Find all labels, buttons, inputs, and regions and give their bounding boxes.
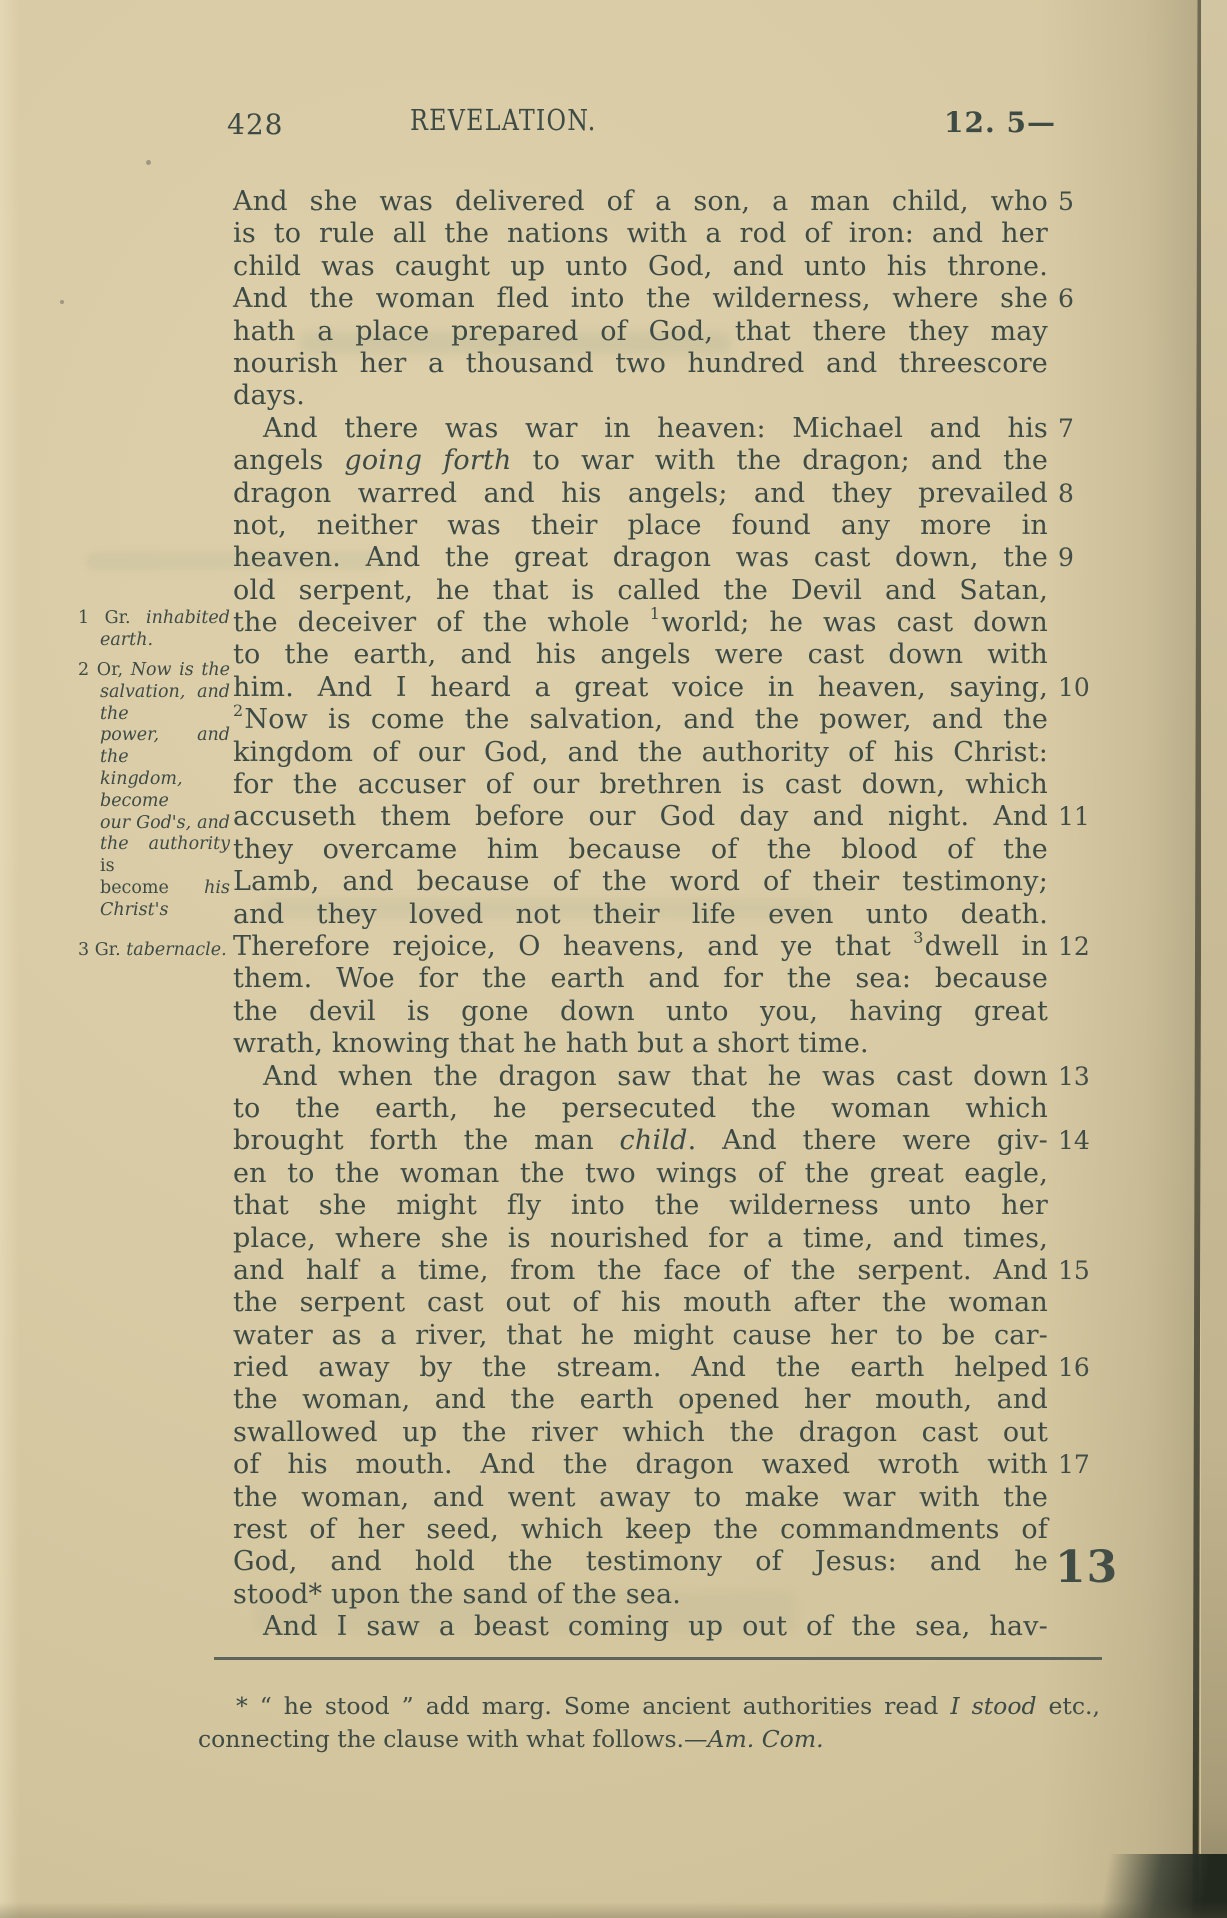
scripture-line: them. Woe for the earth and for the sea:… bbox=[233, 963, 1143, 995]
text-segment: salvation, and the bbox=[100, 682, 230, 724]
page-edge-strip bbox=[1201, 0, 1227, 1918]
text-segment: the woman, and the earth opened her mout… bbox=[233, 1384, 1048, 1415]
text-segment: And the woman fled into the wilderness, … bbox=[233, 283, 1048, 314]
footnote: * “ he stood ” add marg. Some ancient au… bbox=[198, 1690, 1100, 1756]
text-segment: Am. Com. bbox=[708, 1725, 824, 1753]
scripture-line: to the earth, he persecuted the woman wh… bbox=[233, 1093, 1143, 1125]
line-text: Therefore rejoice, O heavens, and ye tha… bbox=[233, 931, 1048, 963]
line-text: And when the dragon saw that he was cast… bbox=[233, 1061, 1048, 1093]
note-reference-superscript: 3 bbox=[913, 928, 923, 947]
text-segment: they overcame him because of the blood o… bbox=[233, 834, 1048, 865]
text-segment: angels bbox=[233, 445, 344, 476]
scripture-line: they overcame him because of the blood o… bbox=[233, 834, 1143, 866]
line-text: water as a river, that he might cause he… bbox=[233, 1320, 1048, 1352]
text-segment: . And there were giv- bbox=[688, 1125, 1048, 1156]
line-text: days. bbox=[233, 380, 1048, 412]
text-segment: earth. bbox=[100, 630, 153, 650]
line-text: to the earth, he persecuted the woman wh… bbox=[233, 1093, 1048, 1125]
line-text: they overcame him because of the blood o… bbox=[233, 834, 1048, 866]
scripture-line: and half a time, from the face of the se… bbox=[233, 1255, 1143, 1287]
scripture-line: the devil is gone down unto you, having … bbox=[233, 996, 1143, 1028]
text-segment: dragon warred and his angels; and they p… bbox=[233, 478, 1048, 509]
line-text: swallowed up the river which the dragon … bbox=[233, 1417, 1048, 1449]
text-segment: rest of her seed, which keep the command… bbox=[233, 1514, 1048, 1545]
text-segment: accuseth them before our God day and nig… bbox=[233, 801, 1048, 832]
text-segment: and they loved not their life even unto … bbox=[233, 899, 1048, 930]
margin-note-line: 1 Gr. inhabited bbox=[78, 608, 230, 630]
margin-note-line: kingdom, become bbox=[78, 769, 230, 813]
scripture-line: And the woman fled into the wilderness, … bbox=[233, 283, 1143, 315]
scripture-line: and they loved not their life even unto … bbox=[233, 899, 1143, 931]
text-segment: heaven. And the great dragon was cast do… bbox=[233, 542, 1048, 573]
scripture-line: And there was war in heaven: Michael and… bbox=[233, 413, 1143, 445]
line-text: dragon warred and his angels; and they p… bbox=[233, 478, 1048, 510]
line-text: of his mouth. And the dragon waxed wroth… bbox=[233, 1449, 1048, 1481]
scripture-line: of his mouth. And the dragon waxed wroth… bbox=[233, 1449, 1143, 1481]
scripture-line: rest of her seed, which keep the command… bbox=[233, 1514, 1143, 1546]
text-segment: And she was delivered of a son, a man ch… bbox=[233, 186, 1048, 217]
margin-note: 2 Or, Now is thesalvation, and thepower,… bbox=[78, 660, 230, 922]
text-segment: his bbox=[204, 878, 230, 898]
text-segment: to the earth, he persecuted the woman wh… bbox=[233, 1093, 1048, 1124]
scripture-line: heaven. And the great dragon was cast do… bbox=[233, 542, 1143, 574]
text-segment: days. bbox=[233, 380, 305, 411]
text-segment: kingdom of our God, and the authority of… bbox=[233, 737, 1048, 768]
bottom-edge-shadow bbox=[0, 1902, 1227, 1918]
text-segment: And there was war in heaven: Michael and… bbox=[263, 413, 1048, 444]
text-segment: kingdom, become bbox=[100, 769, 183, 811]
scripture-line: nourish her a thousand two hundred and t… bbox=[233, 348, 1143, 380]
text-segment: brought forth the man bbox=[233, 1125, 620, 1156]
paper-speck bbox=[60, 300, 64, 304]
line-text: heaven. And the great dragon was cast do… bbox=[233, 542, 1048, 574]
text-segment: Therefore rejoice, O heavens, and ye tha… bbox=[233, 931, 913, 962]
text-segment: of his mouth. And the dragon waxed wroth… bbox=[233, 1449, 1048, 1480]
scripture-line: angels going forth to war with the drago… bbox=[233, 445, 1143, 477]
margin-note-line: power, and the bbox=[78, 725, 230, 769]
line-text: hath a place prepared of God, that there… bbox=[233, 316, 1048, 348]
line-text: angels going forth to war with the drago… bbox=[233, 445, 1048, 477]
line-text: not, neither was their place found any m… bbox=[233, 510, 1048, 542]
text-segment: stood* upon the sand of the sea. bbox=[233, 1579, 681, 1610]
scripture-line: ried away by the stream. And the earth h… bbox=[233, 1352, 1143, 1384]
line-text: them. Woe for the earth and for the sea:… bbox=[233, 963, 1048, 995]
scripture-line: days. bbox=[233, 380, 1143, 412]
text-segment: not, neither was their place found any m… bbox=[233, 510, 1048, 541]
footnote-line: connecting the clause with what follows.… bbox=[198, 1723, 1100, 1756]
margin-note-line: our God's, and bbox=[78, 813, 230, 835]
text-segment: place, where she is nourished for a time… bbox=[233, 1223, 1048, 1254]
text-segment: Now is the bbox=[131, 660, 230, 680]
line-text: brought forth the man child. And there w… bbox=[233, 1125, 1048, 1157]
margin-note-line: earth. bbox=[78, 630, 230, 652]
scripture-line: brought forth the man child. And there w… bbox=[233, 1125, 1143, 1157]
line-text: wrath, knowing that he hath but a short … bbox=[233, 1028, 1048, 1060]
scripture-line: kingdom of our God, and the authority of… bbox=[233, 737, 1143, 769]
scripture-line: the deceiver of the whole 1world; he was… bbox=[233, 607, 1143, 639]
line-text: to the earth, and his angels were cast d… bbox=[233, 639, 1048, 671]
page-number: 428 bbox=[227, 108, 283, 141]
text-segment: the devil is gone down unto you, having … bbox=[233, 996, 1048, 1027]
text-segment: old serpent, he that is called the Devil… bbox=[233, 575, 1048, 606]
scripture-line: old serpent, he that is called the Devil… bbox=[233, 575, 1143, 607]
text-segment: nourish her a thousand two hundred and t… bbox=[233, 348, 1048, 379]
text-segment: 2 Or, bbox=[78, 660, 131, 680]
scripture-text: And she was delivered of a son, a man ch… bbox=[233, 186, 1143, 1644]
line-text: that she might fly into the wilderness u… bbox=[233, 1190, 1048, 1222]
scripture-line: place, where she is nourished for a time… bbox=[233, 1223, 1143, 1255]
text-segment: * “ he stood ” add marg. Some ancient au… bbox=[236, 1692, 950, 1720]
text-segment: world; he was cast down bbox=[661, 607, 1048, 638]
text-segment: is to rule all the nations with a rod of… bbox=[233, 218, 1048, 249]
line-text: And there was war in heaven: Michael and… bbox=[233, 413, 1048, 445]
paper-speck bbox=[146, 160, 151, 165]
text-segment: I stood bbox=[950, 1692, 1036, 1720]
scripture-line: the woman, and the earth opened her mout… bbox=[233, 1384, 1143, 1416]
text-segment: child bbox=[620, 1125, 688, 1156]
text-segment: the deceiver of the whole bbox=[233, 607, 650, 638]
text-segment: for the accuser of our brethren is cast … bbox=[233, 769, 1048, 800]
page-left-highlight bbox=[0, 0, 20, 1918]
line-text: old serpent, he that is called the Devil… bbox=[233, 575, 1048, 607]
line-text: And she was delivered of a son, a man ch… bbox=[233, 186, 1048, 218]
footnote-divider bbox=[214, 1657, 1102, 1660]
scripture-line: And I saw a beast coming up out of the s… bbox=[233, 1611, 1143, 1643]
scripture-line: for the accuser of our brethren is cast … bbox=[233, 769, 1143, 801]
text-segment: and half a time, from the face of the se… bbox=[233, 1255, 1048, 1286]
scripture-line: 2Now is come the salvation, and the powe… bbox=[233, 704, 1143, 736]
line-text: And the woman fled into the wilderness, … bbox=[233, 283, 1048, 315]
text-segment: dwell in bbox=[925, 931, 1048, 962]
scripture-line: to the earth, and his angels were cast d… bbox=[233, 639, 1143, 671]
scripture-line: And when the dragon saw that he was cast… bbox=[233, 1061, 1143, 1093]
line-text: ried away by the stream. And the earth h… bbox=[233, 1352, 1048, 1384]
line-text: for the accuser of our brethren is cast … bbox=[233, 769, 1048, 801]
line-text: God, and hold the testimony of Jesus: an… bbox=[233, 1546, 1048, 1578]
text-segment: inhabited bbox=[146, 608, 230, 628]
page-curvature-shadow bbox=[1040, 0, 1200, 1918]
text-segment: him. And I heard a great voice in heaven… bbox=[233, 672, 1048, 703]
scripture-line: stood* upon the sand of the sea. bbox=[233, 1579, 1143, 1611]
scripture-line: child was caught up unto God, and unto h… bbox=[233, 251, 1143, 283]
scripture-line: the serpent cast out of his mouth after … bbox=[233, 1287, 1143, 1319]
text-segment: that she might fly into the wilderness u… bbox=[233, 1190, 1048, 1221]
text-segment: going forth bbox=[344, 445, 511, 476]
margin-note: 1 Gr. inhabitedearth. bbox=[78, 608, 230, 652]
scripture-line: not, neither was their place found any m… bbox=[233, 510, 1143, 542]
margin-note-line: Christ's bbox=[78, 900, 230, 922]
line-text: Lamb, and because of the word of their t… bbox=[233, 866, 1048, 898]
text-segment: connecting the clause with what follows.… bbox=[198, 1725, 708, 1753]
line-text: kingdom of our God, and the authority of… bbox=[233, 737, 1048, 769]
line-text: place, where she is nourished for a time… bbox=[233, 1223, 1048, 1255]
text-segment: the authority bbox=[100, 834, 230, 854]
line-text: rest of her seed, which keep the command… bbox=[233, 1514, 1048, 1546]
line-text: is to rule all the nations with a rod of… bbox=[233, 218, 1048, 250]
text-segment: the serpent cast out of his mouth after … bbox=[233, 1287, 1048, 1318]
footnote-line: * “ he stood ” add marg. Some ancient au… bbox=[198, 1690, 1100, 1723]
text-segment: tabernacle. bbox=[126, 940, 226, 960]
line-text: the woman, and went away to make war wit… bbox=[233, 1482, 1048, 1514]
text-segment: hath a place prepared of God, that there… bbox=[233, 316, 1048, 347]
text-segment: Lamb, and because of the word of their t… bbox=[233, 866, 1048, 897]
text-segment: And I saw a beast coming up out of the s… bbox=[263, 1611, 1048, 1642]
margin-note-line: the authority is bbox=[78, 834, 230, 878]
text-segment: 1 Gr. bbox=[78, 608, 146, 628]
margin-note-line: salvation, and the bbox=[78, 682, 230, 726]
book-page-scan: 428 REVELATION. 12. 5— 1 Gr. inhabitedea… bbox=[0, 0, 1227, 1918]
scripture-line: is to rule all the nations with a rod of… bbox=[233, 218, 1143, 250]
scripture-line: Therefore rejoice, O heavens, and ye tha… bbox=[233, 931, 1143, 963]
scripture-line: And she was delivered of a son, a man ch… bbox=[233, 186, 1143, 218]
line-text: 2Now is come the salvation, and the powe… bbox=[233, 704, 1048, 736]
scripture-line: God, and hold the testimony of Jesus: an… bbox=[233, 1546, 1143, 1578]
margin-note: 3 Gr. tabernacle. bbox=[78, 940, 230, 962]
text-segment: the woman, and went away to make war wit… bbox=[233, 1482, 1048, 1513]
scripture-line: accuseth them before our God day and nig… bbox=[233, 801, 1143, 833]
scripture-line: dragon warred and his angels; and they p… bbox=[233, 478, 1143, 510]
text-segment: Now is come the salvation, and the power… bbox=[244, 704, 1048, 735]
text-segment: water as a river, that he might cause he… bbox=[233, 1320, 1048, 1351]
text-segment: ried away by the stream. And the earth h… bbox=[233, 1352, 1048, 1383]
margin-note-line: 2 Or, Now is the bbox=[78, 660, 230, 682]
text-segment: our God's, and bbox=[100, 813, 230, 833]
text-segment: And when the dragon saw that he was cast… bbox=[263, 1061, 1048, 1092]
line-text: the serpent cast out of his mouth after … bbox=[233, 1287, 1048, 1319]
line-text: child was caught up unto God, and unto h… bbox=[233, 251, 1048, 283]
line-text: and they loved not their life even unto … bbox=[233, 899, 1048, 931]
scripture-line: Lamb, and because of the word of their t… bbox=[233, 866, 1143, 898]
scripture-line: swallowed up the river which the dragon … bbox=[233, 1417, 1143, 1449]
text-segment: to war with the dragon; and the bbox=[512, 445, 1048, 476]
scripture-line: that she might fly into the wilderness u… bbox=[233, 1190, 1143, 1222]
running-head-title: REVELATION. bbox=[410, 103, 597, 137]
line-text: stood* upon the sand of the sea. bbox=[233, 1579, 1048, 1611]
line-text: and half a time, from the face of the se… bbox=[233, 1255, 1048, 1287]
line-text: the woman, and the earth opened her mout… bbox=[233, 1384, 1048, 1416]
note-reference-superscript: 1 bbox=[650, 604, 660, 623]
text-segment: child was caught up unto God, and unto h… bbox=[233, 251, 1048, 282]
line-text: accuseth them before our God day and nig… bbox=[233, 801, 1048, 833]
line-text: en to the woman the two wings of the gre… bbox=[233, 1158, 1048, 1190]
line-text: the devil is gone down unto you, having … bbox=[233, 996, 1048, 1028]
margin-note-line: 3 Gr. tabernacle. bbox=[78, 940, 230, 962]
line-text: him. And I heard a great voice in heaven… bbox=[233, 672, 1048, 704]
scripture-line: him. And I heard a great voice in heaven… bbox=[233, 672, 1143, 704]
text-segment: them. Woe for the earth and for the sea:… bbox=[233, 963, 1048, 994]
scripture-line: hath a place prepared of God, that there… bbox=[233, 316, 1143, 348]
text-segment: become bbox=[100, 878, 204, 898]
note-reference-superscript: 2 bbox=[233, 701, 243, 720]
text-segment: Christ's bbox=[100, 900, 168, 920]
line-text: And I saw a beast coming up out of the s… bbox=[233, 1611, 1048, 1643]
scripture-line: the woman, and went away to make war wit… bbox=[233, 1482, 1143, 1514]
text-segment: 3 Gr. bbox=[78, 940, 126, 960]
line-text: nourish her a thousand two hundred and t… bbox=[233, 348, 1048, 380]
text-segment: to the earth, and his angels were cast d… bbox=[233, 639, 1048, 670]
text-segment: en to the woman the two wings of the gre… bbox=[233, 1158, 1048, 1189]
text-segment: power, and the bbox=[100, 725, 230, 767]
line-text: the deceiver of the whole 1world; he was… bbox=[233, 607, 1048, 639]
text-segment: swallowed up the river which the dragon … bbox=[233, 1417, 1048, 1448]
margin-note-line: become his bbox=[78, 878, 230, 900]
scripture-line: water as a river, that he might cause he… bbox=[233, 1320, 1143, 1352]
text-segment: God, and hold the testimony of Jesus: an… bbox=[233, 1546, 1048, 1577]
text-segment: wrath, knowing that he hath but a short … bbox=[233, 1028, 869, 1059]
text-segment: is bbox=[100, 856, 115, 876]
scripture-line: wrath, knowing that he hath but a short … bbox=[233, 1028, 1143, 1060]
scripture-line: en to the woman the two wings of the gre… bbox=[233, 1158, 1143, 1190]
